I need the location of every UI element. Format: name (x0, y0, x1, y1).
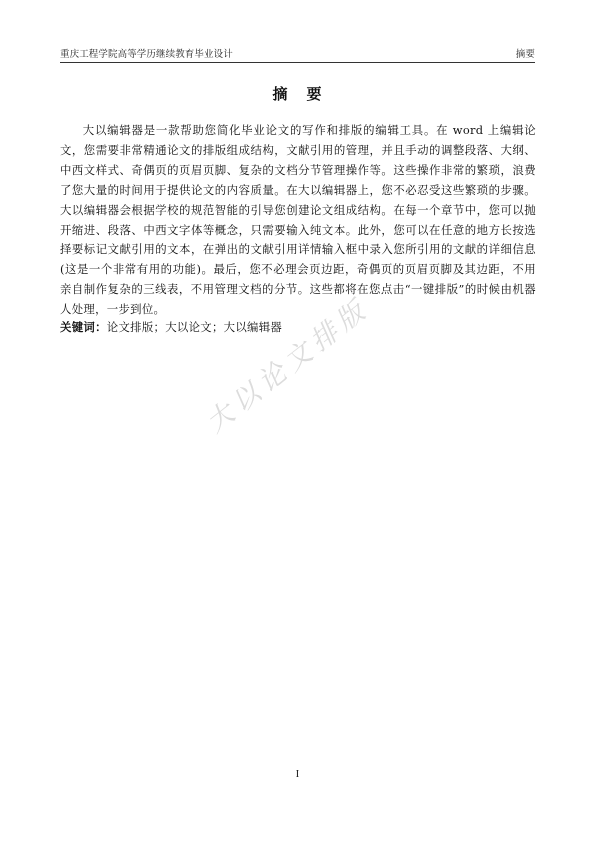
page-title: 摘要 (0, 84, 595, 104)
keywords-values: 论文排版；大以论文；大以编辑器 (107, 320, 282, 334)
abstract-paragraph: 大以编辑器是一款帮助您简化毕业论文的写作和排版的编辑工具。在 word 上编辑论… (60, 121, 536, 320)
keywords-label: 关键词： (60, 320, 107, 334)
title-char-1: 摘 (272, 85, 288, 103)
header-school-title: 重庆工程学院高等学历继续教育毕业设计 (60, 48, 233, 62)
header-section-title: 摘要 (516, 48, 535, 62)
page-number: I (0, 768, 595, 780)
page-header: 重庆工程学院高等学历继续教育毕业设计 摘要 (60, 47, 535, 63)
title-char-2: 要 (307, 85, 323, 103)
